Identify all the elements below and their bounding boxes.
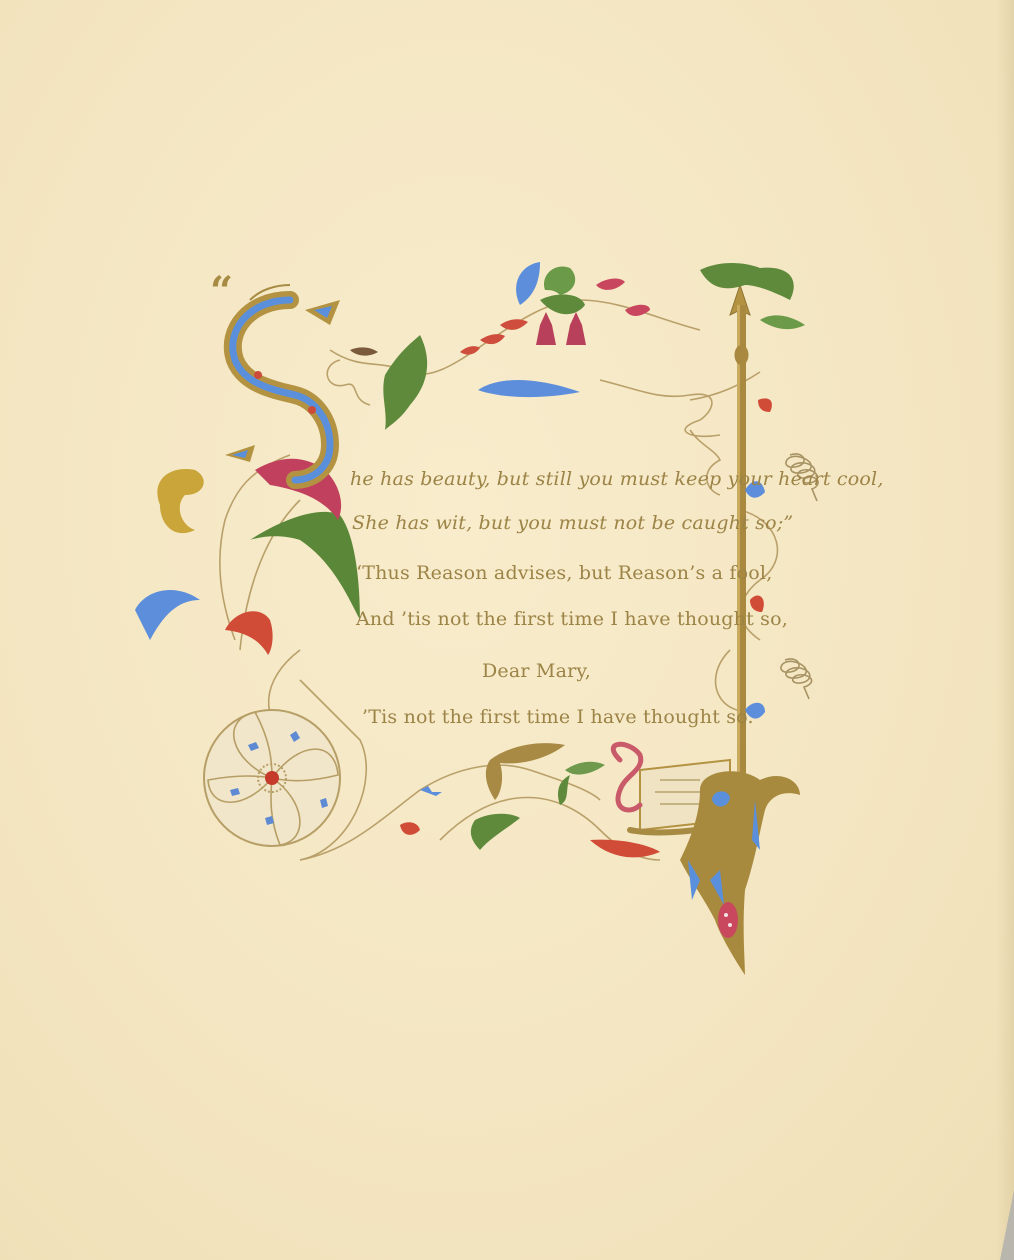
poem-salutation: Dear Mary,	[482, 660, 591, 682]
poem-line-2: She has wit, but you must not be caught …	[352, 512, 793, 534]
poem-line-6: ’Tis not the first time I have thought s…	[362, 706, 754, 728]
poem-line-4: And ’tis not the first time I have thoug…	[356, 608, 788, 630]
poem-line-1: he has beauty, but still you must keep y…	[350, 468, 884, 490]
poem-line-3: ‘Thus Reason advises, but Reason’s a foo…	[356, 562, 772, 584]
manuscript-page: “ he has beauty, but still you must keep…	[0, 0, 1014, 1260]
poem-block: “ he has beauty, but still you must keep…	[0, 0, 1014, 1260]
opening-quote: “	[210, 272, 233, 312]
